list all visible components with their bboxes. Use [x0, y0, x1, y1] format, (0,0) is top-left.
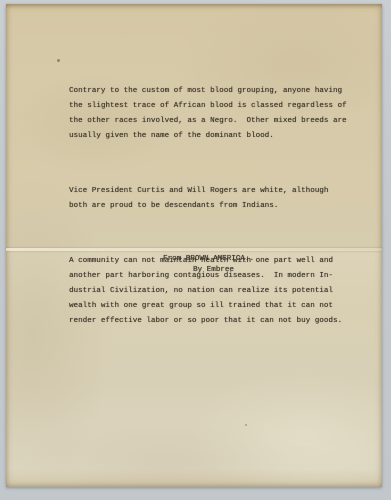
attribution-source: From BROWN AMERICA.. [163, 254, 254, 265]
typed-text-block: Contrary to the custom of most blood gro… [69, 54, 359, 369]
paper-speck [245, 424, 247, 426]
document-page: Contrary to the custom of most blood gro… [6, 4, 382, 487]
paragraph-curtis-rogers: Vice President Curtis and Will Rogers ar… [69, 184, 359, 214]
scanner-background: Contrary to the custom of most blood gro… [0, 0, 391, 500]
paper-speck [57, 59, 60, 62]
paragraph-blood-grouping: Contrary to the custom of most blood gro… [69, 84, 359, 144]
attribution-byline: By Embree [193, 265, 234, 276]
